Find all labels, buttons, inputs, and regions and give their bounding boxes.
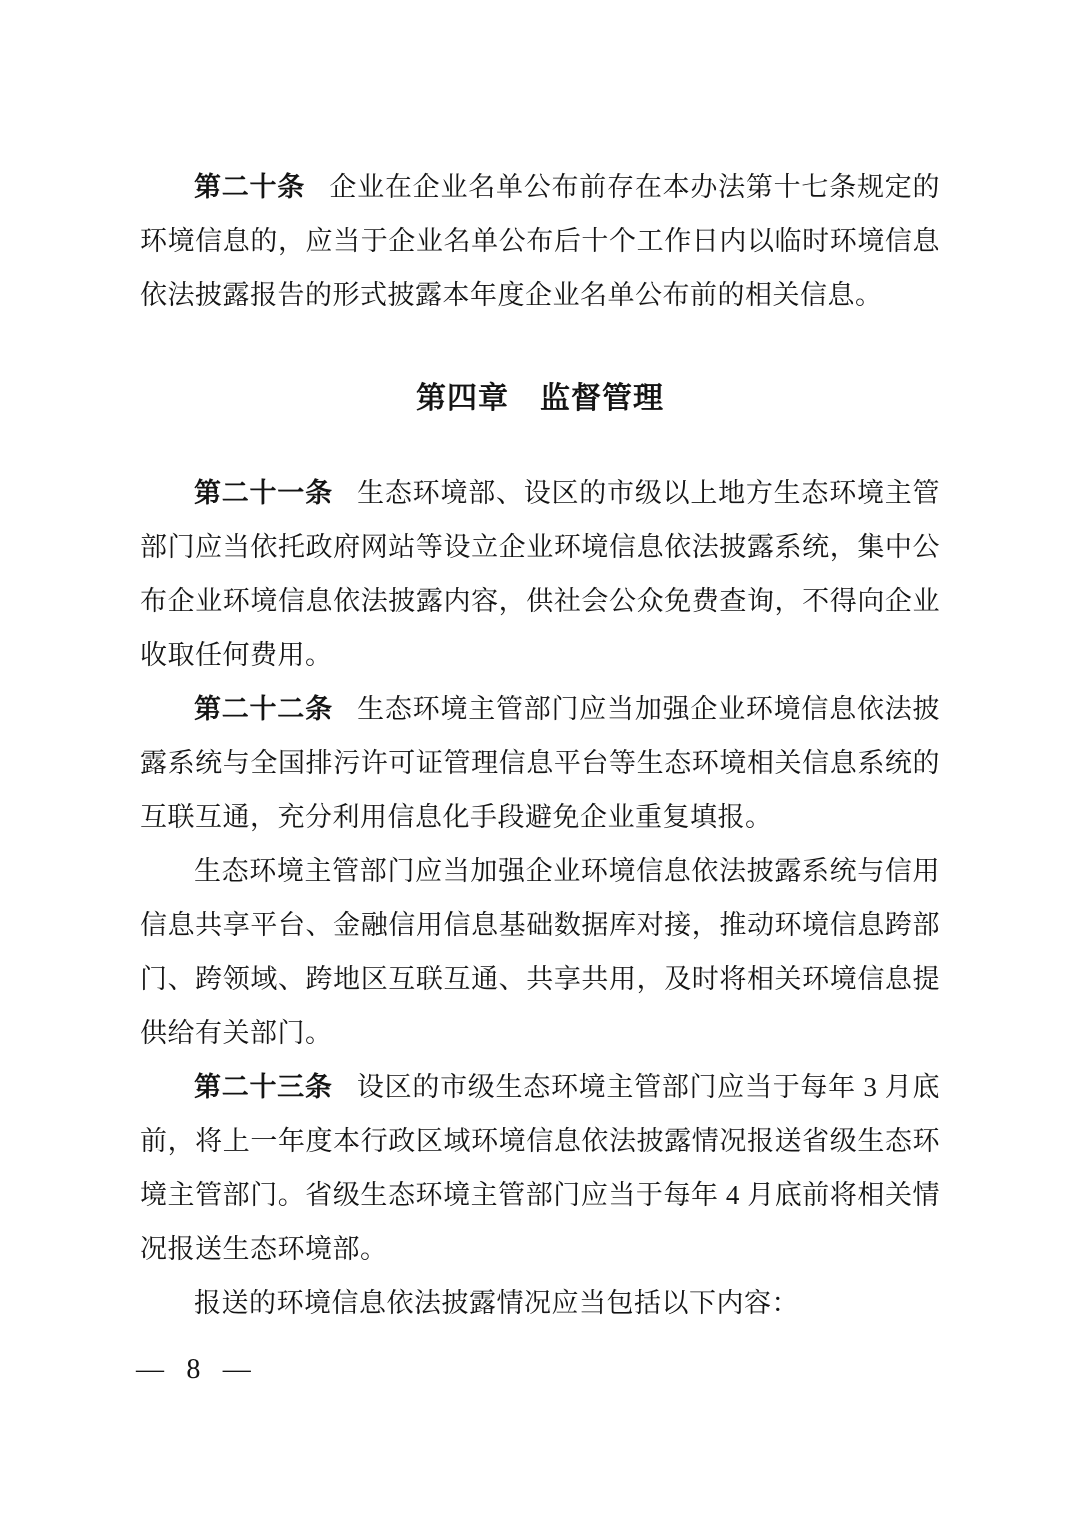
page-number: — 8 — — [136, 1352, 940, 1388]
document-page: 第二十条企业在企业名单公布前存在本办法第十七条规定的环境信息的，应当于企业名单公… — [0, 0, 1074, 1520]
chapter-heading: 第四章 监督管理 — [140, 372, 940, 426]
article-22-second-paragraph: 生态环境主管部门应当加强企业环境信息依法披露系统与信用信息共享平台、金融信用信息… — [140, 844, 940, 1060]
article-number-20: 第二十条 — [194, 172, 305, 202]
article-number-23: 第二十三条 — [194, 1072, 333, 1102]
article-number-21: 第二十一条 — [194, 478, 333, 508]
article-number-22: 第二十二条 — [194, 694, 333, 724]
document-body: 第二十条企业在企业名单公布前存在本办法第十七条规定的环境信息的，应当于企业名单公… — [140, 160, 940, 1330]
article-paragraph-22: 第二十二条生态环境主管部门应当加强企业环境信息依法披露系统与全国排污许可证管理信… — [140, 682, 940, 844]
article-paragraph-20: 第二十条企业在企业名单公布前存在本办法第十七条规定的环境信息的，应当于企业名单公… — [140, 160, 940, 322]
article-paragraph-23: 第二十三条设区的市级生态环境主管部门应当于每年 3 月底前，将上一年度本行政区域… — [140, 1060, 940, 1276]
article-23-second-paragraph: 报送的环境信息依法披露情况应当包括以下内容： — [140, 1276, 940, 1330]
article-paragraph-21: 第二十一条生态环境部、设区的市级以上地方生态环境主管部门应当依托政府网站等设立企… — [140, 466, 940, 682]
